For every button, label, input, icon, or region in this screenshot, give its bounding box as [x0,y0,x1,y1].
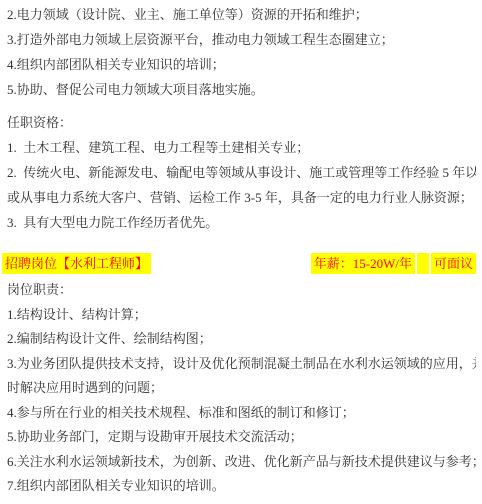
list-item: 4.组织内部团队相关专业知识的培训； [7,52,476,77]
list-item: 2. 传统火电、新能源发电、输配电等领域从事设计、施工或管理等工作经验 5 年以… [7,160,476,185]
section-gap [7,102,476,110]
salary-group: 年薪：15-20W/年 可面议 [311,253,476,274]
previous-position-list: 2.电力领域（设计院、业主、施工单位等）资源的开拓和维护； 3.打造外部电力领域… [7,2,476,102]
list-item: 1. 土木工程、建筑工程、电力工程等土建相关专业； [7,135,476,160]
qualifications-section: 任职资格： 1. 土木工程、建筑工程、电力工程等土建相关专业； 2. 传统火电、… [7,110,476,235]
list-item: 3.打造外部电力领域上层资源平台，推动电力领域工程生态圈建立； [7,27,476,52]
list-item: 5.协助业务部门，定期与设勘审开展技术交流活动； [7,425,476,450]
salary-highlight: 年薪：15-20W/年 [311,253,415,274]
highlight-spacer [417,253,429,274]
job-banner: 招聘岗位【水利工程师】 年薪：15-20W/年 可面议 [2,252,476,274]
list-item: 2.电力领域（设计院、业主、施工单位等）资源的开拓和维护； [7,2,476,27]
responsibilities-section: 岗位职责： 1.结构设计、结构计算； 2.编制结构设计文件、绘制结构图； 3.为… [7,278,476,499]
responsibilities-heading: 岗位职责： [7,278,476,303]
list-item: 1.结构设计、结构计算； [7,303,476,328]
list-item: 5.协助、督促公司电力领域大项目落地实施。 [7,77,476,102]
section-gap [7,235,476,252]
list-item: 2.编制结构设计文件、绘制结构图； [7,327,476,352]
list-item: 4.参与所在行业的相关技术规程、标准和图纸的制订和修订； [7,401,476,426]
job-position-highlight: 招聘岗位【水利工程师】 [2,253,151,274]
negotiable-highlight: 可面议 [431,253,476,274]
list-item: 7.组织内部团队相关专业知识的培训。 [7,474,476,499]
list-item: 或从事电力系统大客户、营销、运检工作 3-5 年，具备一定的电力行业人脉资源； [7,185,476,210]
document-page: 2.电力领域（设计院、业主、施工单位等）资源的开拓和维护； 3.打造外部电力领域… [0,0,482,504]
list-item: 3.为业务团队提供技术支持，设计及优化预制混凝土制品在水利水运领域的应用，并及 [7,352,476,377]
list-item: 3. 具有大型电力院工作经历者优先。 [7,210,476,235]
list-item: 时解决应用时遇到的问题； [7,376,476,401]
list-item: 6.关注水利水运领域新技术，为创新、改进、优化新产品与新技术提供建议与参考； [7,450,476,475]
qualifications-heading: 任职资格： [7,110,476,135]
